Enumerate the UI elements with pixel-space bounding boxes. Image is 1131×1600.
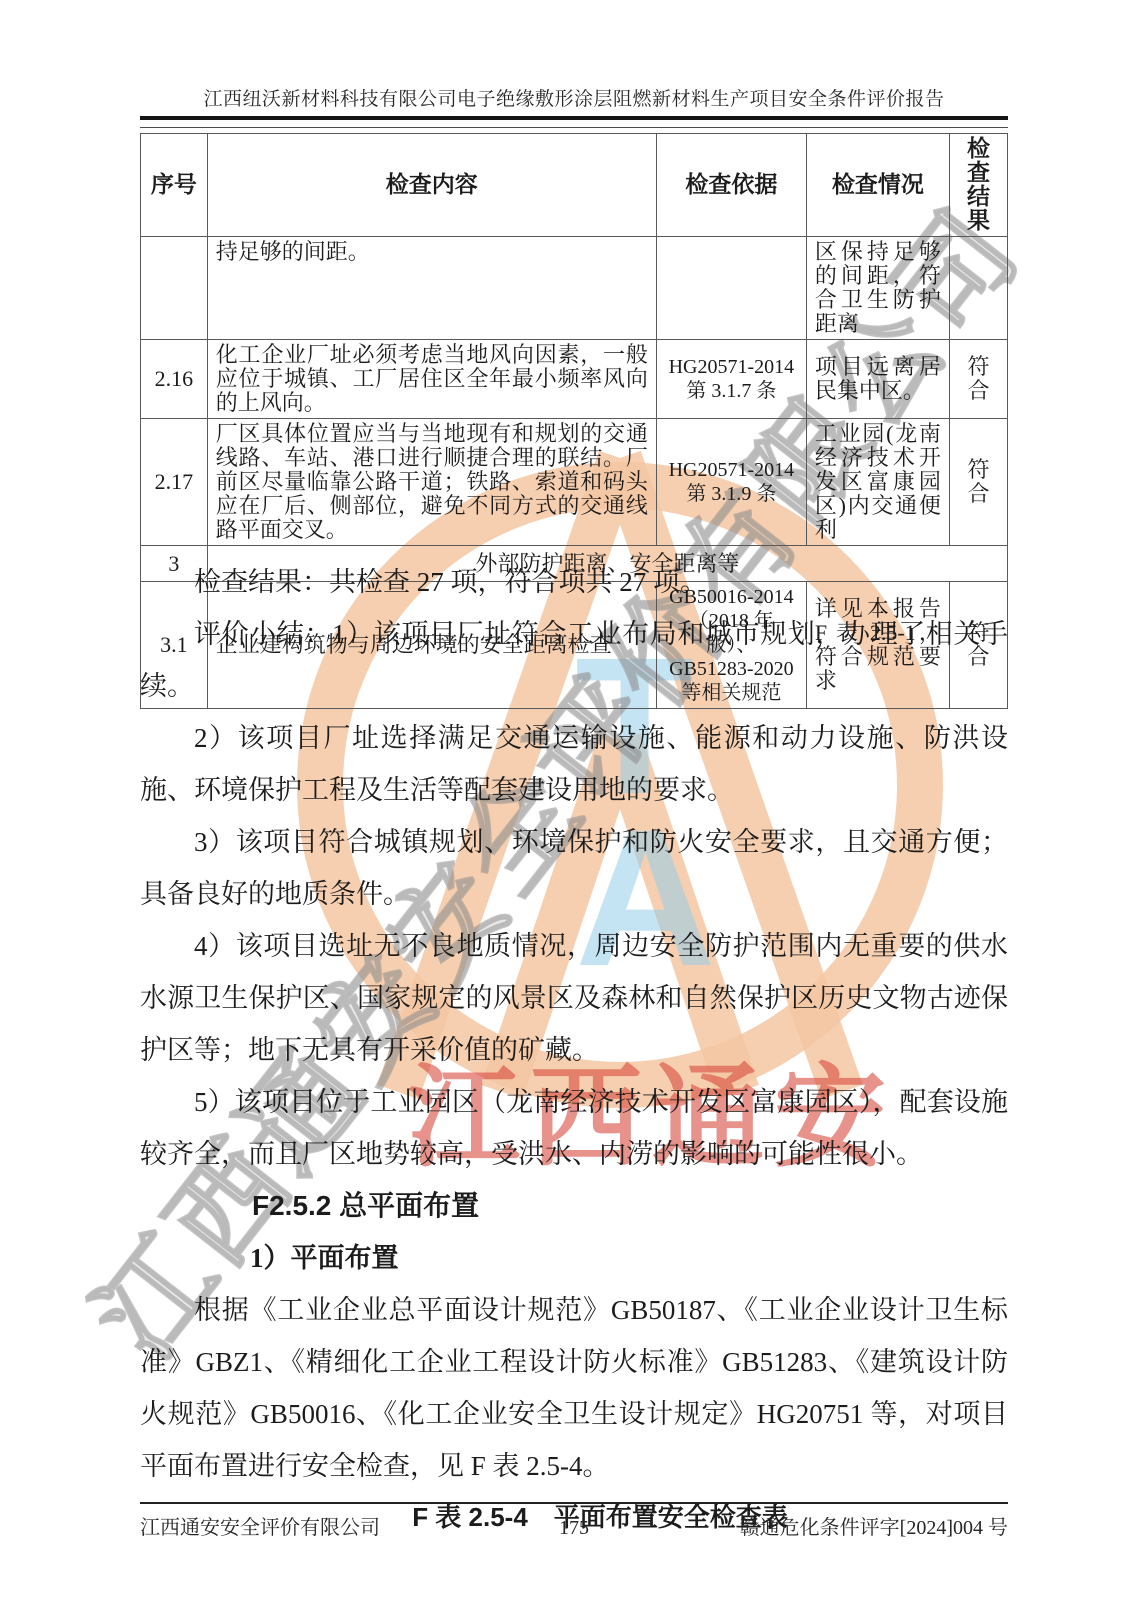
paragraph-summary-5: 5）该项目位于工业园区（龙南经济技术开发区富康园区），配套设施较齐全，而且厂区地… — [140, 1076, 1008, 1180]
footer-company-name: 江西通安安全评价有限公司 — [140, 1511, 559, 1540]
sub-heading: 1）平面布置 — [140, 1232, 1008, 1284]
page-number: 175 — [559, 1517, 589, 1540]
cell-no — [141, 237, 208, 340]
paragraph-summary-3: 3）该项目符合城镇规划、环境保护和防火安全要求，且交通方便；具备良好的地质条件。 — [140, 816, 1008, 920]
table-header-row: 序号 检查内容 检查依据 检查情况 检查结果 — [141, 134, 1008, 237]
cell-no: 2.16 — [141, 340, 208, 419]
header-cell-situation: 检查情况 — [806, 134, 949, 237]
paragraph-summary-4: 4）该项目选址无不良地质情况，周边安全防护范围内无重要的供水水源卫生保护区、国家… — [140, 920, 1008, 1076]
paragraph-summary-2: 2）该项目厂址选择满足交通运输设施、能源和动力设施、防洪设施、环境保护工程及生活… — [140, 712, 1008, 816]
document-header-title: 江西纽沃新材料科技有限公司电子绝缘敷形涂层阻燃新材料生产项目安全条件评价报告 — [140, 84, 1008, 111]
header-cell-basis: 检查依据 — [656, 134, 806, 237]
header-cell-result: 检查结果 — [949, 134, 1007, 237]
cell-result: 符合 — [949, 340, 1007, 419]
cell-content: 持足够的间距。 — [207, 237, 656, 340]
cell-situation: 工业园(龙南经济技术开发区富康园区)内交通便利 — [806, 419, 949, 546]
cell-situation: 项目远离居民集中区。 — [806, 340, 949, 419]
cell-basis — [656, 237, 806, 340]
header-cell-content: 检查内容 — [207, 134, 656, 237]
section-heading: F2.5.2 总平面布置 — [140, 1180, 1008, 1232]
paragraph-closing: 根据《工业企业总平面设计规范》GB50187、《工业企业设计卫生标准》GBZ1、… — [140, 1284, 1008, 1492]
paragraph-check-result: 检查结果：共检查 27 项，符合项共 27 项。 — [140, 556, 1008, 608]
body-text-block: 检查结果：共检查 27 项，符合项共 27 项。 评价小结：1）该项目厂址符合工… — [140, 556, 1008, 1542]
table-row-2-16: 2.16 化工企业厂址必须考虑当地风向因素，一般应位于城镇、工厂居住区全年最小频… — [141, 340, 1008, 419]
cell-result — [949, 237, 1007, 340]
cell-result: 符合 — [949, 419, 1007, 546]
paragraph-summary-1: 评价小结：1）该项目厂址符合工业布局和城市规划，办理了相关手续。 — [140, 608, 1008, 712]
header-rule — [140, 116, 1008, 128]
table-row-continuation: 持足够的间距。 区保持足够的间距，符合卫生防护距离 — [141, 237, 1008, 340]
table-row-2-17: 2.17 厂区具体位置应当与当地现有和规划的交通线路、车站、港口进行顺捷合理的联… — [141, 419, 1008, 546]
footer-doc-number: 赣通危化条件评字[2024]004 号 — [589, 1511, 1008, 1540]
cell-no: 2.17 — [141, 419, 208, 546]
cell-content: 厂区具体位置应当与当地现有和规划的交通线路、车站、港口进行顺捷合理的联结。厂前区… — [207, 419, 656, 546]
cell-basis: HG20571-2014 第 3.1.7 条 — [656, 340, 806, 419]
page-footer: 江西通安安全评价有限公司 175 赣通危化条件评字[2024]004 号 — [140, 1502, 1008, 1540]
cell-situation: 区保持足够的间距，符合卫生防护距离 — [806, 237, 949, 340]
header-cell-no: 序号 — [141, 134, 208, 237]
cell-basis: HG20571-2014 第 3.1.9 条 — [656, 419, 806, 546]
cell-content: 化工企业厂址必须考虑当地风向因素，一般应位于城镇、工厂居住区全年最小频率风向的上… — [207, 340, 656, 419]
